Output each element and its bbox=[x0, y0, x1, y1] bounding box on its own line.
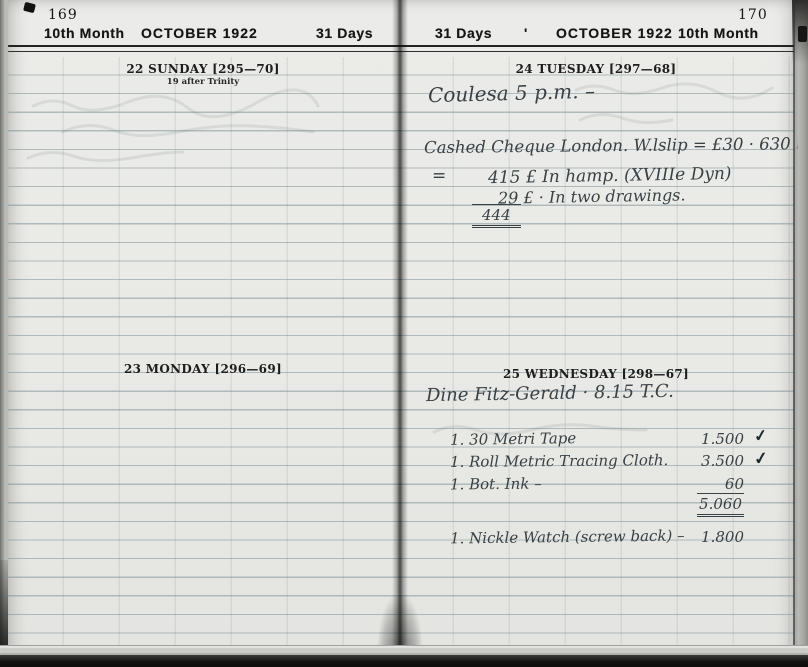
day-subheading-sunday: 19 after Trinity bbox=[8, 77, 398, 87]
header-double-rule-right bbox=[398, 45, 794, 52]
days-count-right: 31 Days bbox=[435, 25, 492, 41]
book-binding-gutter bbox=[392, 0, 408, 655]
bleed-through-marks-left bbox=[23, 88, 383, 178]
right-page-edge bbox=[793, 0, 808, 655]
left-page: 169 10th Month OCTOBER 1922 31 Days 22 S… bbox=[8, 0, 398, 655]
diary-scan: 169 10th Month OCTOBER 1922 31 Days 22 S… bbox=[0, 0, 808, 667]
page-number-right: 170 bbox=[738, 7, 768, 23]
month-title-right: OCTOBER 1922 bbox=[556, 25, 673, 41]
item-amount: 60 bbox=[666, 475, 744, 493]
right-page: 170 31 Days ' OCTOBER 1922 10th Month 24… bbox=[398, 0, 794, 655]
item-label: 1. Roll Metric Tracing Cloth. bbox=[450, 451, 668, 471]
right-edge-line bbox=[793, 0, 795, 655]
checkmark-icon: ✓ bbox=[753, 425, 769, 447]
stray-ink-mark: ' bbox=[524, 25, 528, 41]
day-heading-tuesday: 24 TUESDAY [297—68] bbox=[398, 62, 794, 76]
handwriting-tuesday-line2: Cashed Cheque London. W.lslip = £30 · 63… bbox=[424, 134, 808, 157]
days-count-left: 31 Days bbox=[316, 25, 373, 41]
handwriting-tuesday-line3: 415 £ In hamp. (XVIIIe Dyn) bbox=[488, 164, 732, 188]
checkmark-icon: ✓ bbox=[753, 448, 770, 470]
month-ordinal-right: 10th Month bbox=[678, 25, 759, 41]
stacked-page-edges bbox=[0, 645, 808, 655]
item-amount: 1.500 bbox=[666, 430, 744, 448]
handwriting-wednesday-note: Dine Fitz-Gerald · 8.15 T.C. bbox=[426, 381, 674, 406]
item-label: 1. 30 Metri Tape bbox=[450, 429, 576, 449]
handwriting-tuesday-sum: 444 bbox=[472, 204, 521, 228]
item-amount: 3.500 bbox=[666, 452, 744, 470]
subtotal-value: 5.060 bbox=[697, 493, 744, 517]
handwriting-tuesday-line4: 29 £ · In two drawings. bbox=[498, 185, 686, 207]
ruled-lines-left bbox=[8, 57, 398, 647]
item-amount: 1.800 bbox=[666, 528, 744, 546]
bleed-through-marks-right-top bbox=[568, 78, 788, 138]
page-number-left: 169 bbox=[48, 7, 78, 23]
left-page-edge bbox=[0, 0, 9, 655]
handwriting-tuesday-line1: Coulesa 5 p.m. – bbox=[428, 79, 596, 107]
day-heading-monday: 23 MONDAY [296—69] bbox=[8, 362, 398, 376]
bottom-dark-band bbox=[0, 655, 808, 667]
handwriting-tuesday-line3-equals: = bbox=[432, 166, 446, 186]
day-heading-wednesday: 25 WEDNESDAY [298—67] bbox=[398, 367, 794, 381]
item-label: 1. Bot. Ink – bbox=[450, 475, 542, 494]
day-heading-sunday: 22 SUNDAY [295—70] bbox=[8, 62, 398, 76]
item-label: 1. Nickle Watch (screw back) – bbox=[450, 527, 685, 548]
header-double-rule-left bbox=[8, 45, 398, 52]
ink-smudge-right bbox=[798, 26, 807, 42]
month-title-left: OCTOBER 1922 bbox=[141, 25, 258, 41]
month-ordinal-left: 10th Month bbox=[44, 25, 125, 41]
